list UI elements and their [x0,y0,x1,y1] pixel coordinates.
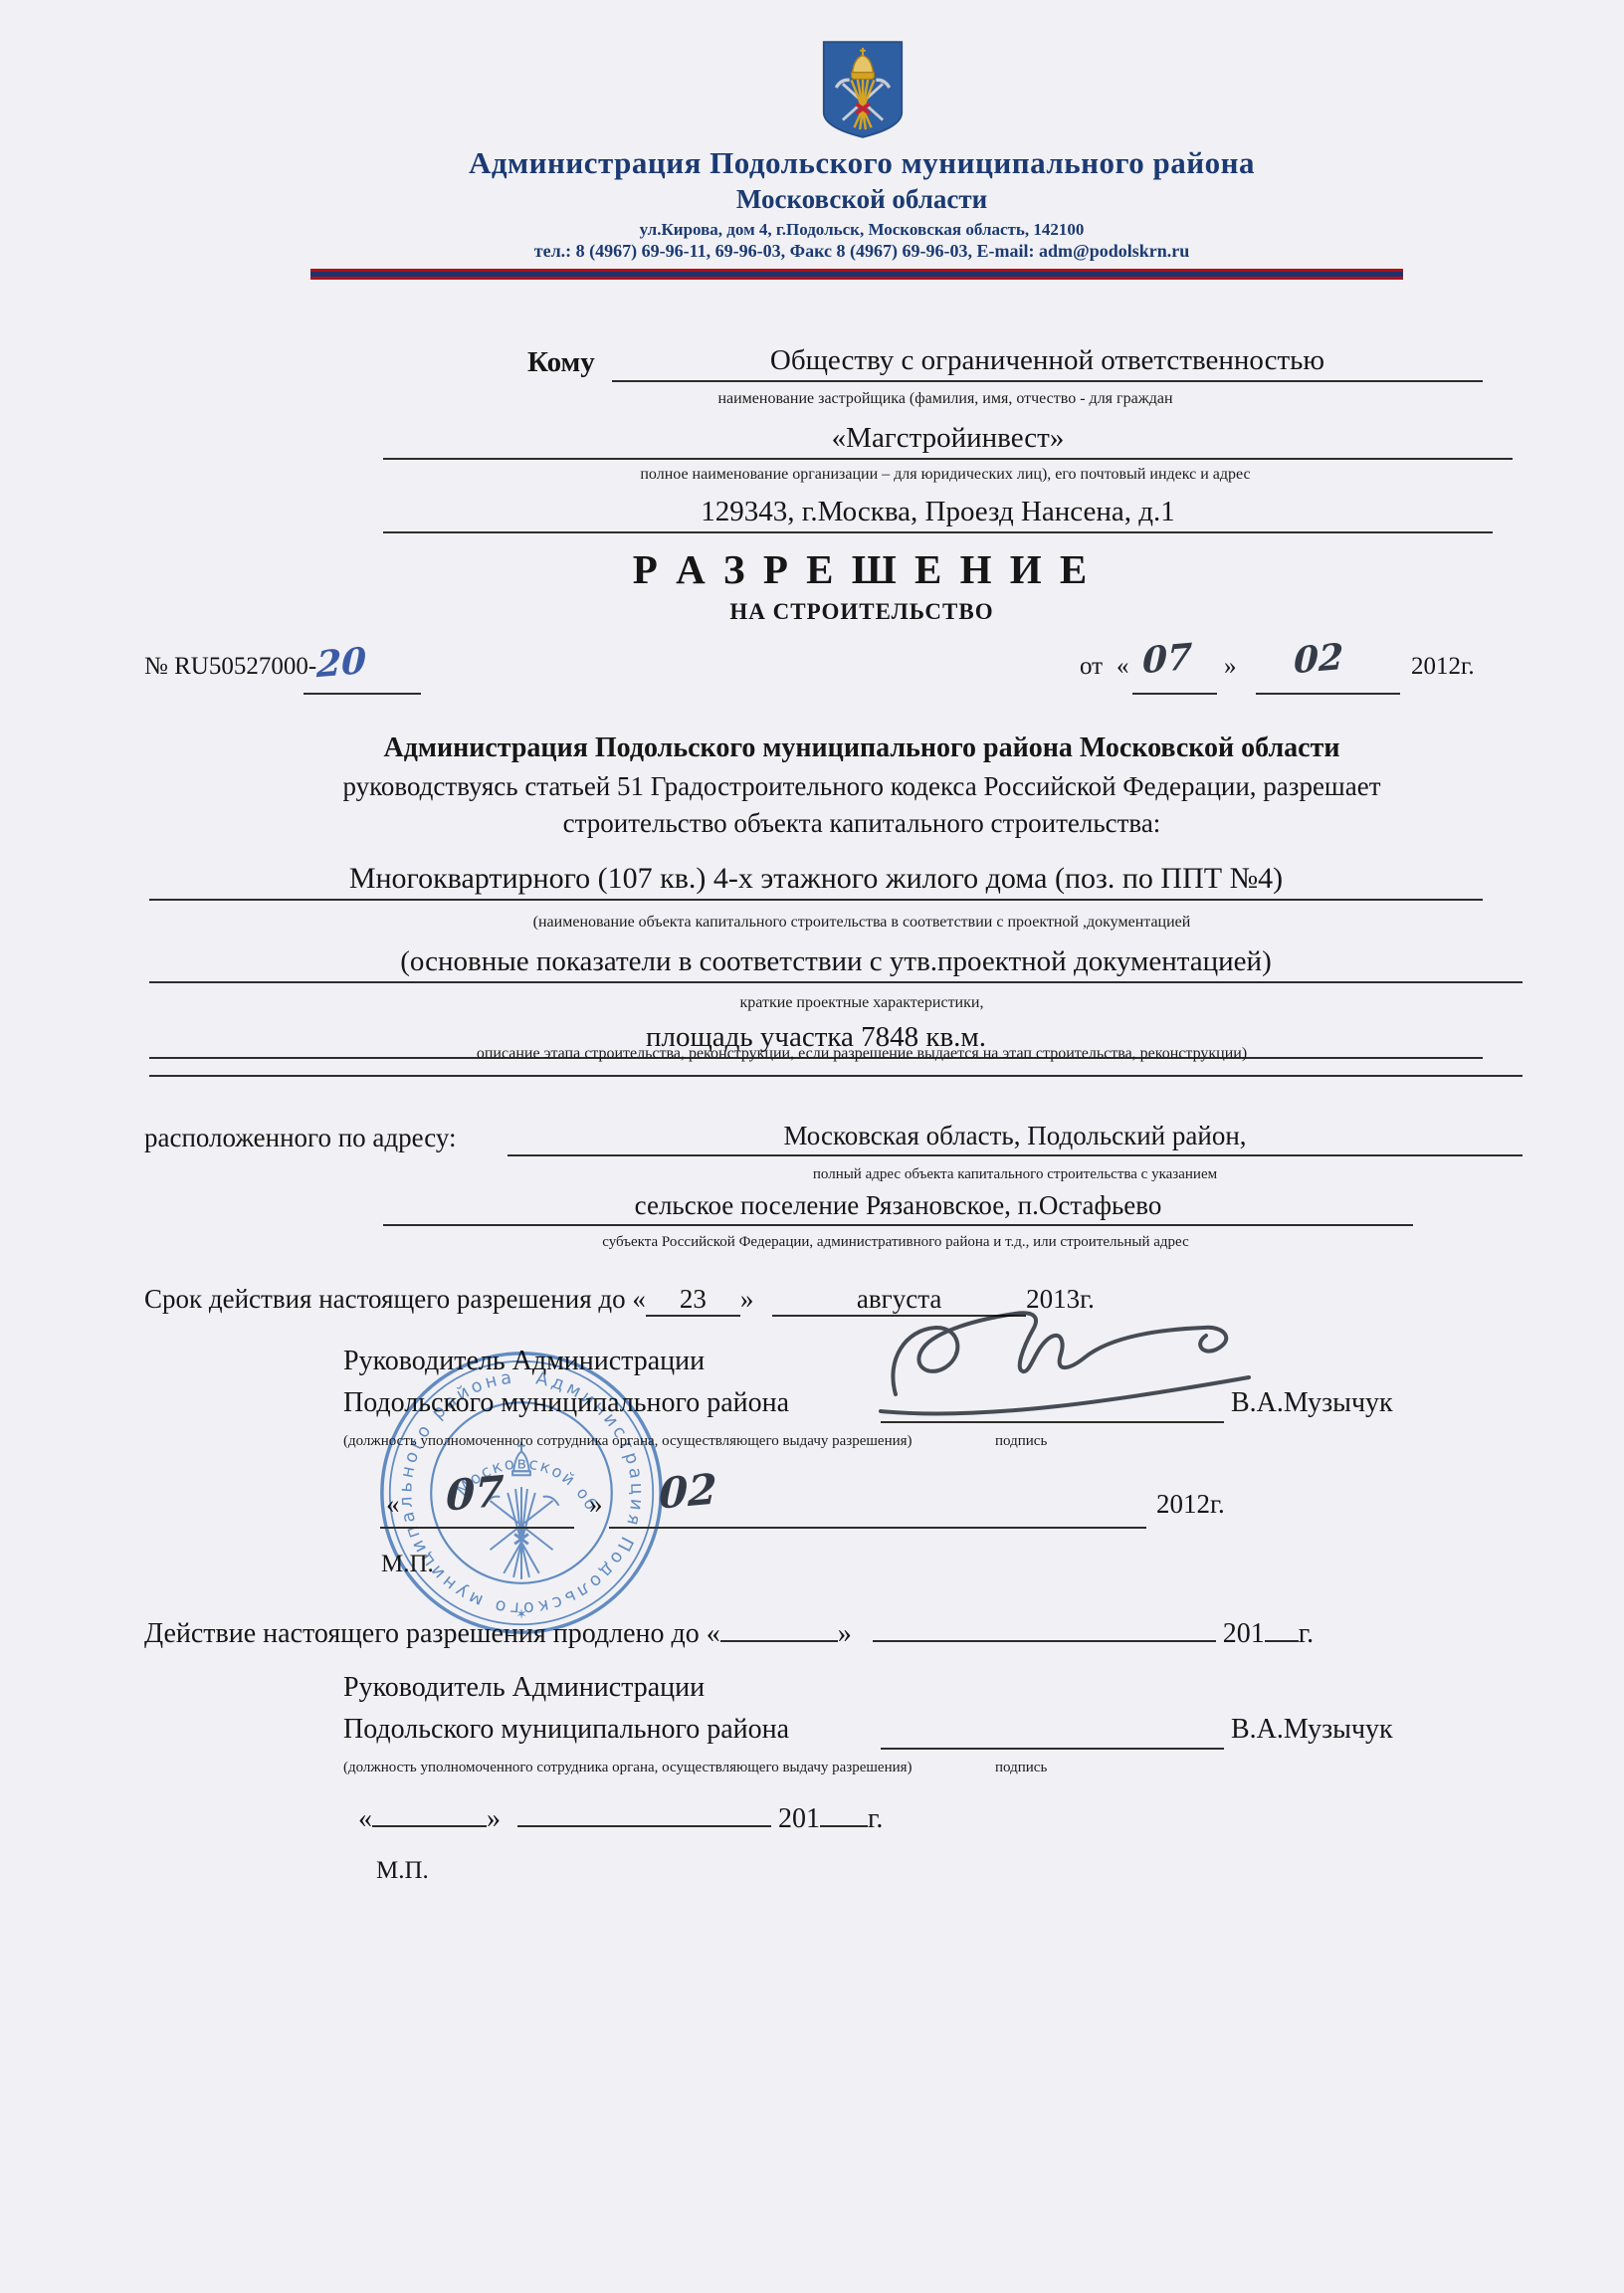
addressee-org-line: «Магстройинвест» [383,422,1513,460]
addressee-name-caption: наименование застройщика (фамилия, имя, … [398,390,1493,408]
laquo: « [632,1284,646,1314]
letterhead-divider [310,269,1403,280]
signature-caption: подпись [995,1433,1047,1450]
permit-number-handwritten: 20 [316,643,367,684]
object-indicators-caption: краткие проектные характеристики, [100,994,1624,1012]
location-line2: сельское поселение Рязановское, п.Остафь… [383,1190,1413,1226]
object-name-caption: (наименование объекта капитального строи… [100,914,1624,932]
raquo: » [589,1489,603,1520]
stamp-place-mark-1: М.П. [381,1551,434,1578]
addressee-name: Обществу с ограниченной ответственностью [770,344,1324,376]
document-subtitle: НА СТРОИТЕЛЬСТВО [100,599,1624,625]
location-line1: Московская область, Подольский район, [507,1121,1522,1156]
body-line2: руководствуясь статьей 51 Градостроитель… [100,771,1624,802]
signer2-position-caption: (должность уполномоченного сотрудника ор… [343,1760,913,1776]
issue-month-underline [609,1527,1146,1529]
extension-year-prefix: 201 [1223,1618,1265,1649]
signature-icon [866,1300,1264,1434]
extension-date-row: «» 201г. [358,1799,883,1835]
extension-prefix: Действие настоящего разрешения продлено … [144,1618,700,1649]
extension2-year-suffix: г. [868,1803,883,1834]
location-caption2: субъекта Российской Федерации, администр… [398,1234,1393,1251]
stamp-place-mark-2: М.П. [376,1857,429,1885]
handwritten-signature [866,1300,1264,1434]
location-label: расположенного по адресу: [144,1123,457,1153]
extension-year-suffix: г. [1299,1618,1314,1649]
coat-of-arms-icon [820,40,906,139]
issue-date-row: « 07 » 02 2012г. [0,1481,1624,1551]
extension2-year-prefix: 201 [778,1803,820,1834]
permit-number-prefix: № RU50527000- [144,653,316,681]
validity-day: 23 [646,1284,740,1317]
coat-of-arms [820,40,906,139]
addressee-org: «Магстройинвест» [832,422,1065,454]
permit-number-underline [304,693,421,695]
location-value2: сельское поселение Рязановское, п.Остафь… [635,1190,1162,1220]
raquo: » [1224,653,1237,681]
permit-day-handwritten: 07 [1142,639,1193,680]
laquo: « [386,1489,400,1520]
location-value1: Московская область, Подольский район, [783,1121,1246,1150]
object-indicators: (основные показатели в соответствии с ут… [400,945,1271,977]
addressee-org-caption: полное наименование организации – для юр… [398,466,1493,484]
signer2-name: В.А.Музычук [1231,1714,1393,1746]
org-name-line1: Администрация Подольского муниципального… [100,145,1624,181]
location-caption1: полный адрес объекта капитального строит… [507,1166,1522,1183]
permit-month-handwritten: 02 [1294,639,1344,680]
raquo: » [740,1284,754,1314]
addressee-name-line: Обществу с ограниченной ответственностью [612,344,1483,382]
laquo: « [358,1803,372,1834]
issue-month-handwritten: 02 [659,1468,717,1515]
object-indicators-line: (основные показатели в соответствии с ут… [149,945,1522,983]
document-page: Администрация Подольского муниципального… [0,0,1624,2293]
number-row: № RU50527000- 20 от « 07 » 02 2012г. [0,645,1624,705]
raquo: » [487,1803,501,1834]
permit-month-underline [1256,693,1400,695]
object-empty-line [149,1075,1522,1077]
signature2-caption: подпись [995,1760,1047,1776]
permit-year: 2012г. [1411,653,1475,681]
object-name: Многоквартирного (107 кв.) 4-х этажного … [349,862,1283,895]
addressee-label: Кому [527,346,595,379]
org-contacts: тел.: 8 (4967) 69-96-11, 69-96-03, Факс … [100,241,1624,262]
body-line3: строительство объекта капитального строи… [100,808,1624,839]
org-address: ул.Кирова, дом 4, г.Подольск, Московская… [100,220,1624,240]
permit-day-underline [1132,693,1217,695]
issue-day-underline [380,1527,574,1529]
date-from-label: от [1080,653,1103,681]
issue-year: 2012г. [1156,1489,1225,1520]
raquo: » [838,1618,852,1649]
validity-prefix: Срок действия настоящего разрешения до [144,1284,626,1314]
signature2-underline [881,1748,1224,1750]
signer2-title-line2: Подольского муниципального района [343,1714,789,1746]
issue-day-handwritten: 07 [446,1470,505,1517]
document-title: Р А З Р Е Ш Е Н И Е [100,545,1624,593]
laquo: « [1116,653,1129,681]
addressee-address-line: 129343, г.Москва, Проезд Нансена, д.1 [383,496,1493,533]
addressee-address: 129343, г.Москва, Проезд Нансена, д.1 [701,496,1175,527]
object-area-caption: описание этапа строительства, реконструк… [100,1045,1624,1063]
signer2-title-line1: Руководитель Администрации [343,1672,705,1704]
laquo: « [707,1618,720,1649]
org-name-line2: Московской области [100,184,1624,215]
extension-row: Действие настоящего разрешения продлено … [144,1614,1314,1650]
object-name-line: Многоквартирного (107 кв.) 4-х этажного … [149,862,1483,901]
body-line1: Администрация Подольского муниципального… [100,732,1624,764]
